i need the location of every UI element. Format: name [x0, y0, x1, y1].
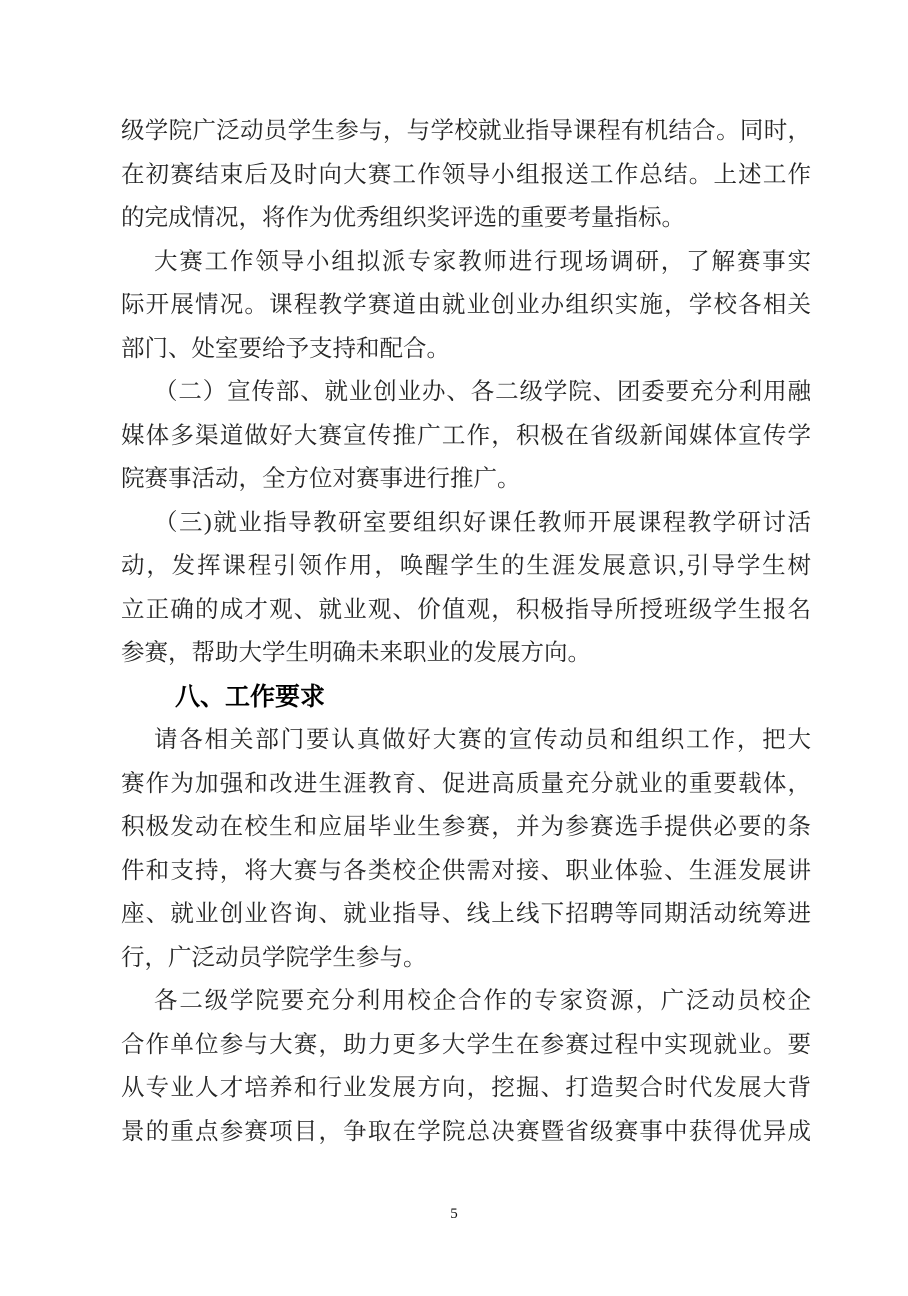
document-page: 级学院广泛动员学生参与，与学校就业指导课程有机结合。同时，在初赛结束后及时向大赛…: [0, 0, 908, 1296]
text-line: 积极发动在校生和应届毕业生参赛，并为参赛选手提供必要的条: [121, 806, 811, 850]
text-line: 各二级学院要充分利用校企合作的专家资源，广泛动员校企: [121, 980, 811, 1024]
text-line: 行，广泛动员学院学生参与。: [121, 937, 811, 981]
text-line: （三)就业指导教研室要组织好课任教师开展课程教学研讨活: [121, 502, 811, 546]
text-line: 动，发挥课程引领作用，唤醒学生的生涯发展意识,引导学生树: [121, 545, 811, 589]
text-line: 赛作为加强和改进生涯教育、促进高质量充分就业的重要载体，: [121, 763, 811, 807]
text-line: 立正确的成才观、就业观、价值观，积极指导所授班级学生报名: [121, 589, 811, 633]
text-line: 级学院广泛动员学生参与，与学校就业指导课程有机结合。同时，: [121, 110, 811, 154]
text-line: 从专业人才培养和行业发展方向，挖掘、打造契合时代发展大背: [121, 1067, 811, 1111]
section-heading: 八、工作要求: [121, 676, 811, 720]
text-line: 媒体多渠道做好大赛宣传推广工作，积极在省级新闻媒体宣传学: [121, 415, 811, 459]
text-line: 座、就业创业咨询、就业指导、线上线下招聘等同期活动统筹进: [121, 893, 811, 937]
text-line: 际开展情况。课程教学赛道由就业创业办组织实施，学校各相关: [121, 284, 811, 328]
text-line: 的完成情况，将作为优秀组织奖评选的重要考量指标。: [121, 197, 811, 241]
text-line: （二）宣传部、就业创业办、各二级学院、团委要充分利用融: [121, 371, 811, 415]
text-line: 合作单位参与大赛，助力更多大学生在参赛过程中实现就业。要: [121, 1024, 811, 1068]
text-line: 件和支持，将大赛与各类校企供需对接、职业体验、生涯发展讲: [121, 850, 811, 894]
text-line: 部门、处室要给予支持和配合。: [121, 328, 811, 372]
text-line: 院赛事活动，全方位对赛事进行推广。: [121, 458, 811, 502]
text-line: 景的重点参赛项目，争取在学院总决赛暨省级赛事中获得优异成: [121, 1111, 811, 1155]
text-line: 请各相关部门要认真做好大赛的宣传动员和组织工作，把大: [121, 719, 811, 763]
page-number: 5: [0, 1206, 908, 1223]
text-line: 在初赛结束后及时向大赛工作领导小组报送工作总结。上述工作: [121, 154, 811, 198]
text-line: 大赛工作领导小组拟派专家教师进行现场调研，了解赛事实: [121, 241, 811, 285]
text-line: 参赛，帮助大学生明确未来职业的发展方向。: [121, 632, 811, 676]
text-block: 级学院广泛动员学生参与，与学校就业指导课程有机结合。同时，在初赛结束后及时向大赛…: [121, 110, 811, 1154]
